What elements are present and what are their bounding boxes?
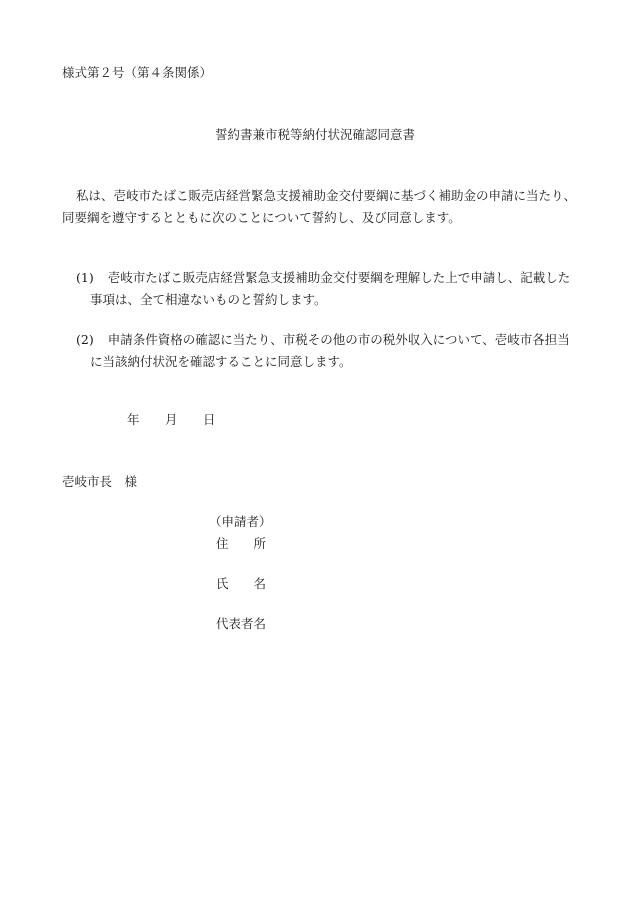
pledge-item-1-continuation: 事項は、全て相違ないものと誓約します。 (90, 294, 327, 307)
item-number: (2) (76, 332, 94, 347)
intro-text-line-2: 同要綱を遵守するとともに次のことについて誓約し、及び同意します。 (62, 212, 461, 225)
applicant-label: （申請者） (209, 516, 272, 529)
pledge-item-1: (1)壱岐市たばこ販売店経営緊急支援補助金交付要綱を理解した上で申請し、記載した (76, 272, 570, 285)
pledge-item-2: (2)申請条件資格の確認に当たり、市税その他の市の税外収入について、壱岐市各担当 (76, 334, 570, 347)
item-text: 申請条件資格の確認に当たり、市税その他の市の税外収入について、壱岐市各担当 (108, 332, 570, 347)
date-day-label: 日 (203, 414, 216, 427)
intro-text-line-1: 私は、壱岐市たばこ販売店経営緊急支援補助金交付要綱に基づく補助金の申請に当たり、 (76, 190, 576, 203)
representative-field-label: 代表者名 (216, 618, 266, 631)
date-month-label: 月 (165, 414, 178, 427)
document-title: 誓約書兼市税等納付状況確認同意書 (215, 129, 415, 142)
item-text: 壱岐市たばこ販売店経営緊急支援補助金交付要綱を理解した上で申請し、記載した (108, 270, 571, 285)
date-year-label: 年 (127, 414, 140, 427)
pledge-item-2-continuation: に当該納付状況を確認することに同意します。 (90, 356, 352, 369)
item-number: (1) (76, 270, 94, 285)
addressee: 壱岐市長 様 (62, 476, 137, 489)
form-number: 様式第２号（第４条関係） (62, 67, 212, 80)
address-field-label: 住 所 (216, 538, 266, 551)
name-field-label: 氏 名 (216, 578, 266, 591)
